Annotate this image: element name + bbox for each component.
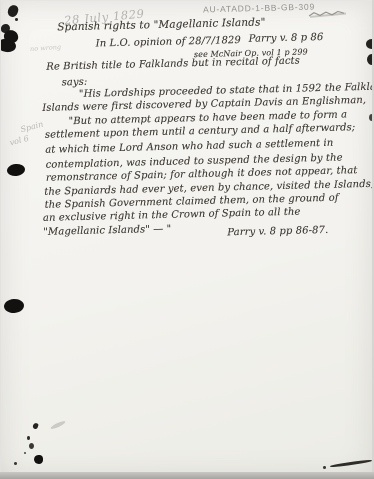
bottomright-stroke [330, 459, 372, 468]
manuscript-line: Parry v. 8 pp 86-87. [227, 225, 328, 238]
bottomleft-squiggle [50, 420, 66, 430]
bottomright-dot [323, 466, 326, 469]
manuscript-line: In L.O. opinion of 28/7/1829 [96, 35, 241, 50]
bottomleft-speck-2 [27, 436, 30, 440]
bottomleft-speck-3 [29, 443, 34, 449]
scanned-archive-page: { "scan": { "paper_color": "#f3f2ee", "i… [0, 0, 374, 479]
bottomleft-speck-5 [14, 462, 17, 465]
scan-edge-left [0, 0, 1, 479]
bottomleft-blob [34, 455, 43, 464]
manuscript-line: Parry v. 8 p 86 [248, 32, 323, 45]
left-blob-mid [6, 163, 25, 177]
manuscript-line: Re British title to Falklands but in rec… [46, 56, 300, 73]
topleft-blob-1 [7, 4, 20, 18]
topleft-speck-1 [15, 18, 18, 21]
manuscript-line: Spanish rights to "Magellanic Islands" [57, 16, 265, 33]
bottomleft-speck-1 [32, 422, 39, 429]
manuscript-line: says: [62, 77, 88, 89]
scan-edge-top [0, 0, 374, 1]
manuscript-text: Spanish rights to "Magellanic Islands"In… [34, 8, 364, 266]
left-blob-low [4, 298, 25, 313]
scan-edge-bottom [0, 472, 374, 479]
paper: 28 July 1829 AU-ATADD-1-BB-GB-309 no wro… [0, 0, 374, 479]
bottomleft-speck-4 [24, 452, 26, 454]
manuscript-line: "Magellanic Islands" — " [43, 224, 171, 238]
